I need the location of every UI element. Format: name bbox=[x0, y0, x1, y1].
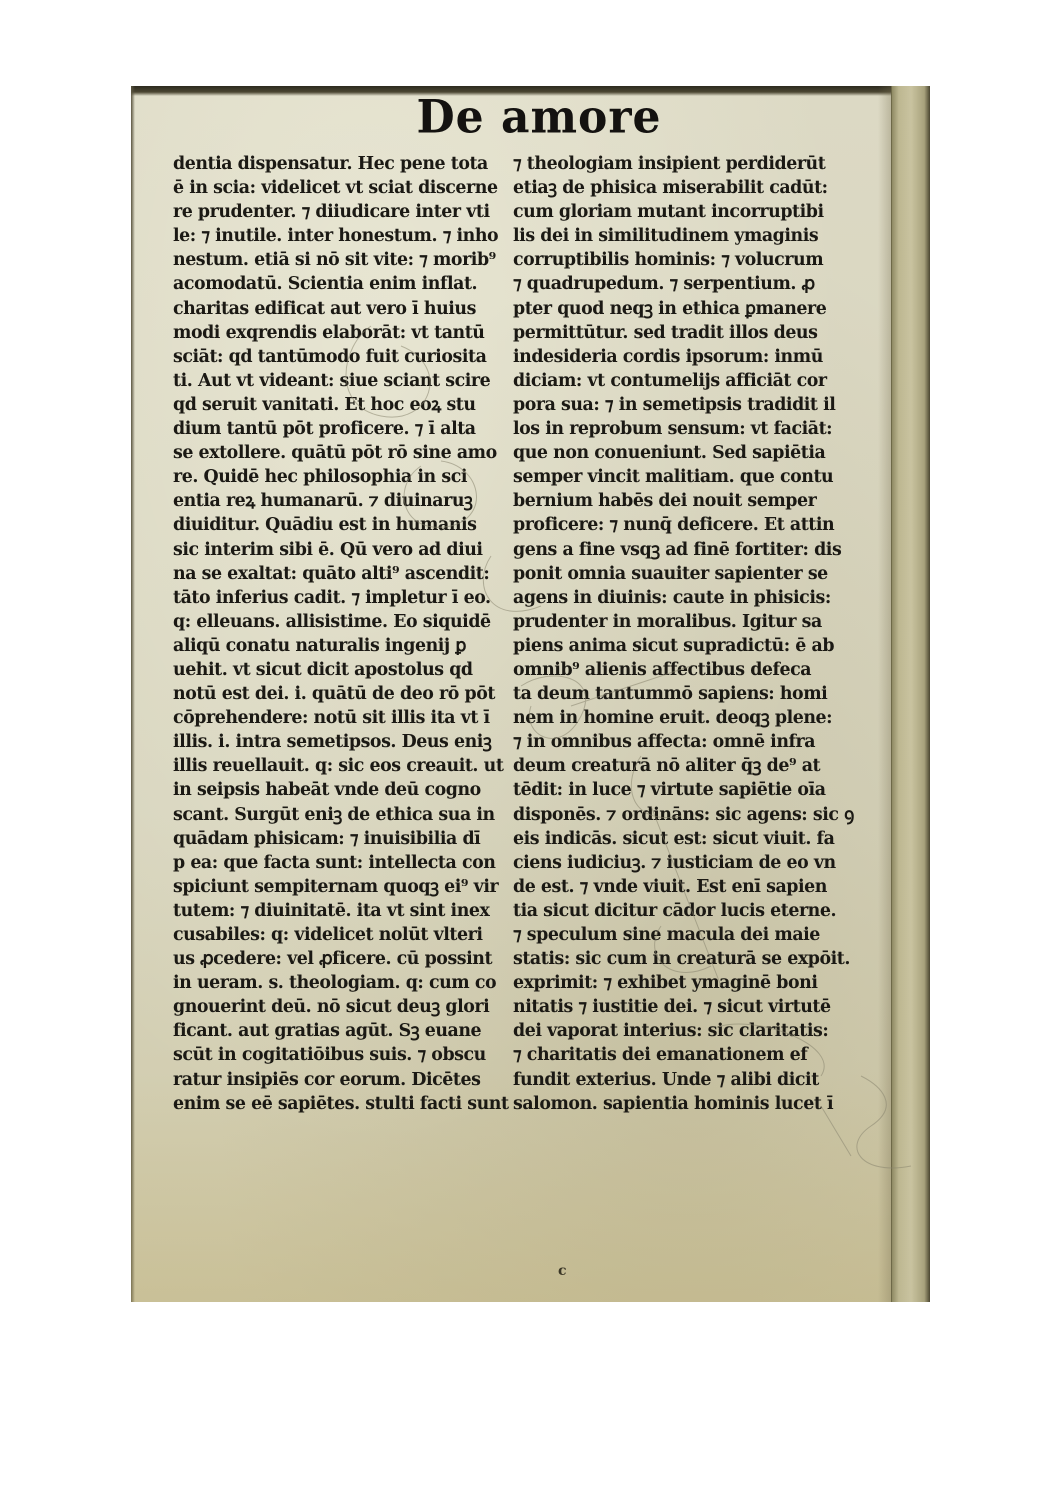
text-line: nitatis ⁊ iustitie dei. ⁊ sicut virtutē bbox=[513, 995, 853, 1019]
text-line: in seipsis habeāt vnde deū cogno bbox=[173, 778, 513, 802]
text-line: cusabiles: q: videlicet nolūt vlteri bbox=[173, 923, 513, 947]
text-line: dei vaporat interius: sic claritatis: bbox=[513, 1019, 853, 1043]
text-line: dium tantū pōt proficere. ⁊ ī alta bbox=[173, 417, 513, 441]
text-line: le: ⁊ inutile. inter honestum. ⁊ inho bbox=[173, 224, 513, 248]
text-line: ⁊ quadrupedum. ⁊ serpentium. ꝓ bbox=[513, 272, 853, 296]
adjacent-page-edge bbox=[891, 86, 930, 1302]
text-line: permittūtur. sed tradit illos deus bbox=[513, 321, 853, 345]
text-line: re. Quidē hec philosophia in sci bbox=[173, 465, 513, 489]
text-line: scūt in cogitatiōibus suis. ⁊ obscu bbox=[173, 1043, 513, 1067]
text-line: prudenter in moralibus. Igitur sa bbox=[513, 610, 853, 634]
text-line: etiaꝫ de phisica miserabilit cadūt: bbox=[513, 176, 853, 200]
text-line: gens a fine vsqꝫ ad finē fortiter: dis bbox=[513, 538, 853, 562]
text-line: exprimit: ⁊ exhibet ymaginē boni bbox=[513, 971, 853, 995]
text-line: agens in diuinis: caute in phisicis: bbox=[513, 586, 853, 610]
text-line: statis: sic cum in creaturā se expōit. bbox=[513, 947, 853, 971]
text-line: ⁊ theologiam insipient perdiderūt bbox=[513, 152, 853, 176]
text-line: corruptibilis hominis: ⁊ volucrum bbox=[513, 248, 853, 272]
text-line: gnouerint deū. nō sicut deuꝫ glori bbox=[173, 995, 513, 1019]
text-line: semper vincit malitiam. que contu bbox=[513, 465, 853, 489]
text-line: re prudenter. ⁊ diiudicare inter vti bbox=[173, 200, 513, 224]
text-line: scant. Surgūt eniꝫ de ethica sua in bbox=[173, 803, 513, 827]
text-line: uehit. vt sicut dicit apostolus qd bbox=[173, 658, 513, 682]
text-line: lis dei in similitudinem ymaginis bbox=[513, 224, 853, 248]
text-line: dentia dispensatur. Hec pene tota bbox=[173, 152, 513, 176]
text-line: notū est dei. i. quātū de deo rō pōt bbox=[173, 682, 513, 706]
text-line: ē in scia: videlicet vt sciat discerne bbox=[173, 176, 513, 200]
text-line: salomon. sapientia hominis lucet ī bbox=[513, 1092, 853, 1116]
text-line: q: elleuans. allisistime. Eo siquidē bbox=[173, 610, 513, 634]
text-line: deum creaturā nō aliter q̄ꝫ de⁹ at bbox=[513, 754, 853, 778]
text-column-right: ⁊ theologiam insipient perdiderūtetiaꝫ d… bbox=[513, 152, 853, 1116]
text-line: tēdit: in luce ⁊ virtute sapiētie oīa bbox=[513, 778, 853, 802]
text-line: na se exaltat: quāto alti⁹ ascendit: bbox=[173, 562, 513, 586]
text-line: ta deum tantummō sapiens: homi bbox=[513, 682, 853, 706]
text-line: pora sua: ⁊ in semetipsis tradidit il bbox=[513, 393, 853, 417]
text-line: eis indicās. sicut est: sicut viuit. fa bbox=[513, 827, 853, 851]
text-line: sic interim sibi ē. Qū vero ad diui bbox=[173, 538, 513, 562]
text-line: charitas edificat aut vero ī huius bbox=[173, 297, 513, 321]
text-line: in ueram. s. theologiam. q: cum co bbox=[173, 971, 513, 995]
text-line: disponēs. ⁊ ordināns: sic agens: sic ꝯ bbox=[513, 803, 853, 827]
text-line: us ꝓcedere: vel ꝓficere. cū possint bbox=[173, 947, 513, 971]
text-line: quādam phisicam: ⁊ inuisibilia dī bbox=[173, 827, 513, 851]
running-head: De amore bbox=[389, 91, 689, 145]
text-line: entia reꝝ humanarū. ⁊ diuinaruꝫ bbox=[173, 489, 513, 513]
text-line: ti. Aut vt videant: siue sciant scire bbox=[173, 369, 513, 393]
text-line: omnib⁹ alienis affectibus defeca bbox=[513, 658, 853, 682]
page-scan: De amore dentia dispensatur. Hec pene to… bbox=[131, 86, 930, 1302]
text-line: ⁊ charitatis dei emanationem ef bbox=[513, 1043, 853, 1067]
text-line: que non conueniunt. Sed sapiētia bbox=[513, 441, 853, 465]
text-line: cōprehendere: notū sit illis ita vt ī bbox=[173, 706, 513, 730]
text-line: proficere: ⁊ nunq̄ deficere. Et attin bbox=[513, 513, 853, 537]
text-line: ratur insipiēs cor eorum. Dicētes bbox=[173, 1068, 513, 1092]
text-line: nem in homine eruit. deoqꝫ plene: bbox=[513, 706, 853, 730]
text-line: pter quod neqꝫ in ethica ꝑmanere bbox=[513, 297, 853, 321]
text-line: nestum. etiā si nō sit vite: ⁊ morib⁹ bbox=[173, 248, 513, 272]
text-line: de est. ⁊ vnde viuit. Est enī sapien bbox=[513, 875, 853, 899]
text-line: acomodatū. Scientia enim inflat. bbox=[173, 272, 513, 296]
text-line: tutem: ⁊ diuinitatē. ita vt sint inex bbox=[173, 899, 513, 923]
text-line: qd seruit vanitati. Et hoc eoꝝ stu bbox=[173, 393, 513, 417]
text-line: p ea: que facta sunt: intellecta con bbox=[173, 851, 513, 875]
text-line: los in reprobum sensum: vt faciāt: bbox=[513, 417, 853, 441]
text-line: fundit exterius. Unde ⁊ alibi dicit bbox=[513, 1068, 853, 1092]
text-line: illis. i. intra semetipsos. Deus eniꝫ bbox=[173, 730, 513, 754]
text-line: sciāt: qd tantūmodo fuit curiosita bbox=[173, 345, 513, 369]
gutter-shadow bbox=[878, 86, 892, 1302]
text-line: tia sicut dicitur cādor lucis eterne. bbox=[513, 899, 853, 923]
text-line: spiciunt sempiternam quoqꝫ ei⁹ vir bbox=[173, 875, 513, 899]
text-line: indesideria cordis ipsorum: inmū bbox=[513, 345, 853, 369]
text-line: diuiditur. Quādiu est in humanis bbox=[173, 513, 513, 537]
text-line: modi exqrendis elaborāt: vt tantū bbox=[173, 321, 513, 345]
text-line: illis reuellauit. q: sic eos creauit. ut bbox=[173, 754, 513, 778]
text-line: ⁊ in omnibus affecta: omnē infra bbox=[513, 730, 853, 754]
text-column-left: dentia dispensatur. Hec pene totaē in sc… bbox=[173, 152, 513, 1116]
text-line: tāto inferius cadit. ⁊ impletur ī eo. bbox=[173, 586, 513, 610]
text-line: ficant. aut gratias agūt. Sꝫ euane bbox=[173, 1019, 513, 1043]
text-line: cum gloriam mutant incorruptibi bbox=[513, 200, 853, 224]
text-line: enim se eē sapiētes. stulti facti sunt bbox=[173, 1092, 513, 1116]
text-line: bernium habēs dei nouit semper bbox=[513, 489, 853, 513]
text-line: aliqū conatu naturalis ingenij ꝑ bbox=[173, 634, 513, 658]
text-line: piens anima sicut supradictū: ē ab bbox=[513, 634, 853, 658]
text-line: ponit omnia suauiter sapienter se bbox=[513, 562, 853, 586]
signature-mark: c bbox=[558, 1263, 567, 1279]
text-line: ⁊ speculum sine macula dei maie bbox=[513, 923, 853, 947]
text-line: ciens iudiciuꝫ. ⁊ iusticiam de eo vn bbox=[513, 851, 853, 875]
text-line: se extollere. quātū pōt rō sine amo bbox=[173, 441, 513, 465]
text-line: diciam: vt contumelijs afficiāt cor bbox=[513, 369, 853, 393]
